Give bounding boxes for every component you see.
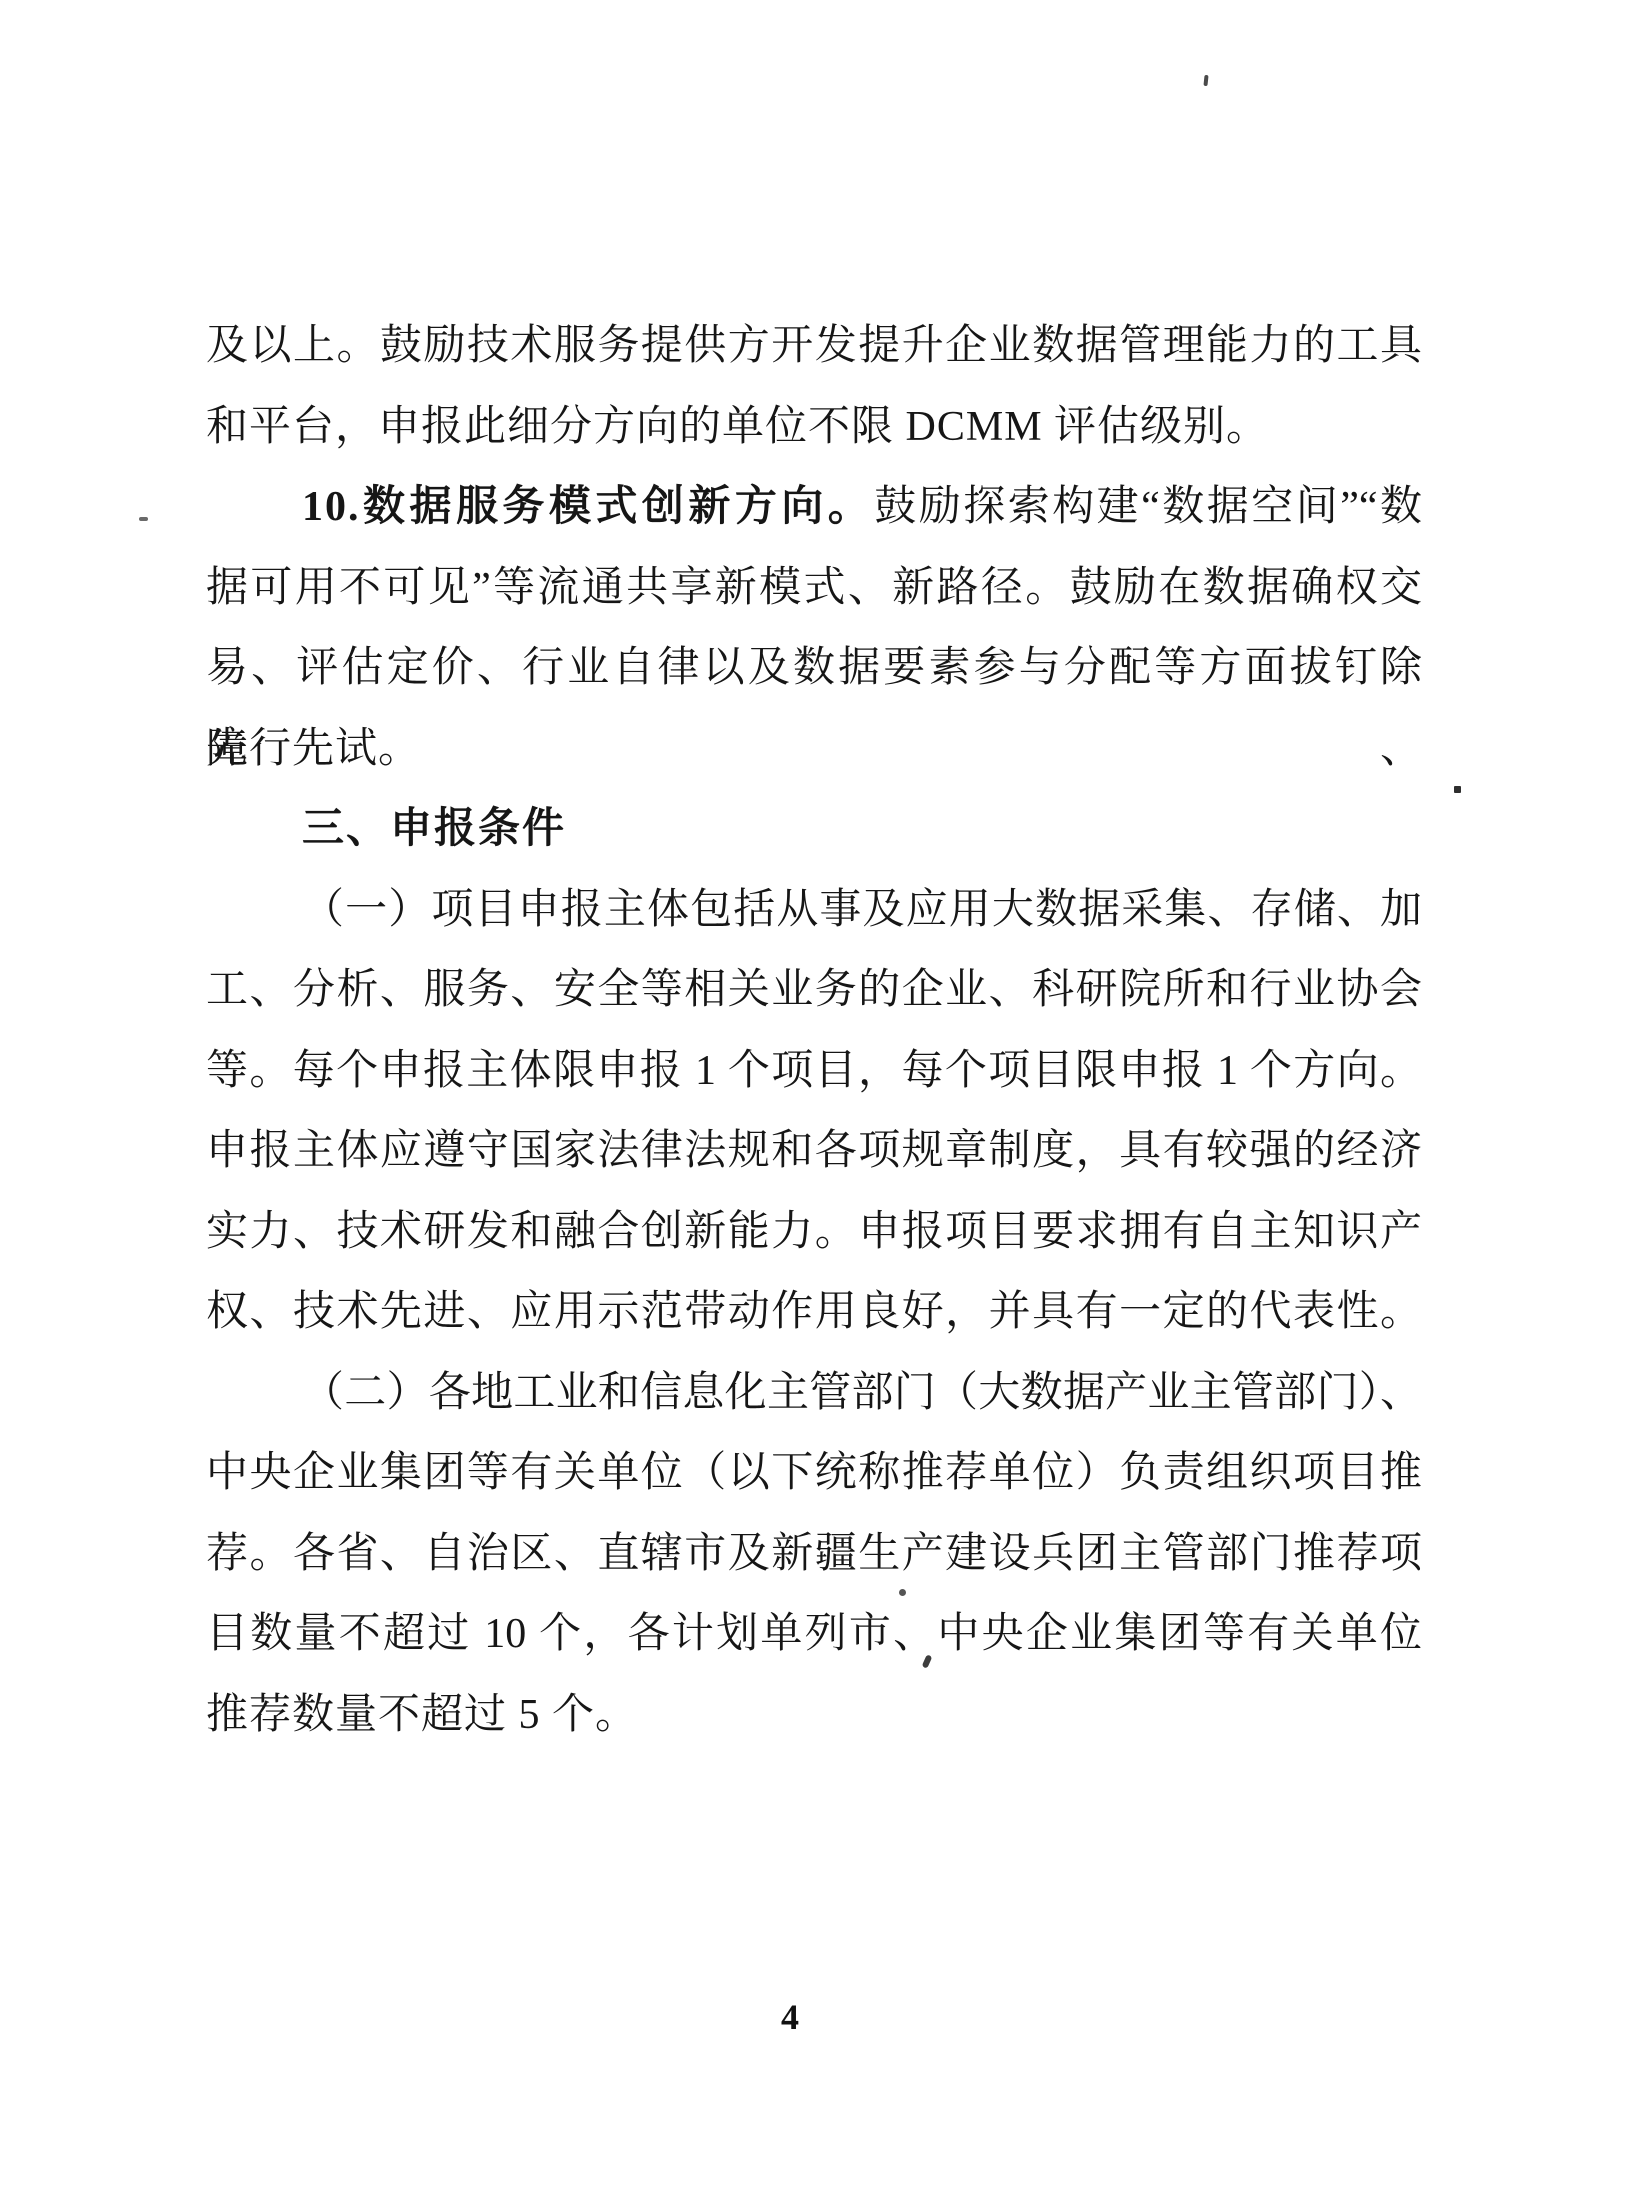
text-line: 工、分析、服务、安全等相关业务的企业、科研院所和行业协会	[206, 950, 1422, 1031]
text-line: 申报主体应遵守国家法律法规和各项规章制度，具有较强的经济	[206, 1111, 1422, 1192]
scan-speck	[899, 1589, 906, 1596]
text-line: 中央企业集团等有关单位（以下统称推荐单位）负责组织项目推	[206, 1433, 1422, 1514]
text-segment: 鼓励探索构建“数据空间”“数	[874, 484, 1422, 530]
text-line: 和平台，申报此细分方向的单位不限 DCMM 评估级别。	[206, 387, 1422, 468]
scanned-document-page: 及以上。鼓励技术服务提供方开发提升企业数据管理能力的工具 和平台，申报此细分方向…	[0, 0, 1626, 2204]
document-body: 及以上。鼓励技术服务提供方开发提升企业数据管理能力的工具 和平台，申报此细分方向…	[206, 306, 1422, 1755]
scan-speck	[139, 517, 148, 521]
text-line: 目数量不超过 10 个，各计划单列市、中央企业集团等有关单位	[206, 1594, 1422, 1675]
text-line: （二）各地工业和信息化主管部门（大数据产业主管部门）、	[206, 1353, 1422, 1434]
scan-speck	[1454, 786, 1461, 793]
item-number-label: 10.数据服务模式创新方向。	[302, 484, 874, 530]
text-line: 实力、技术研发和融合创新能力。申报项目要求拥有自主知识产	[206, 1192, 1422, 1273]
text-line: （一）项目申报主体包括从事及应用大数据采集、存储、加	[206, 870, 1422, 951]
page-number: 4	[760, 1996, 820, 2038]
text-line: 推荐数量不超过 5 个。	[206, 1675, 1422, 1756]
scan-speck	[1203, 75, 1208, 86]
text-line: 等。每个申报主体限申报 1 个项目，每个项目限申报 1 个方向。	[206, 1031, 1422, 1112]
text-line: 及以上。鼓励技术服务提供方开发提升企业数据管理能力的工具	[206, 306, 1422, 387]
section-heading: 三、申报条件	[206, 789, 1422, 870]
text-line: 易、评估定价、行业自律以及数据要素参与分配等方面拔钉除障、	[206, 628, 1422, 709]
text-line: 权、技术先进、应用示范带动作用良好，并具有一定的代表性。	[206, 1272, 1422, 1353]
text-line-numbered-item: 10.数据服务模式创新方向。鼓励探索构建“数据空间”“数	[206, 467, 1422, 548]
text-line: 据可用不可见”等流通共享新模式、新路径。鼓励在数据确权交	[206, 548, 1422, 629]
text-line: 荐。各省、自治区、直辖市及新疆生产建设兵团主管部门推荐项	[206, 1514, 1422, 1595]
